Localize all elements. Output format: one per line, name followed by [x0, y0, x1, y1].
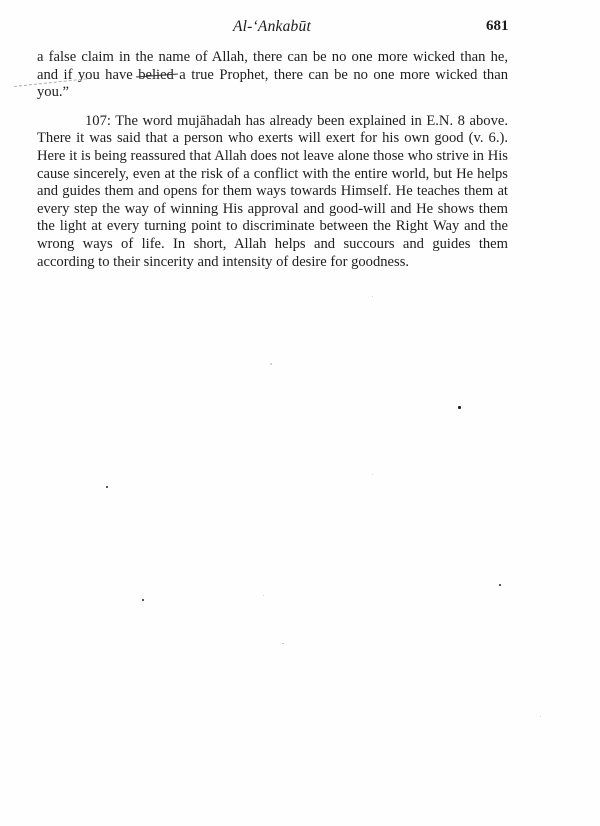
note-text: The word mujāhadah has already been expl…	[37, 113, 508, 270]
scan-speck	[282, 643, 284, 644]
note-number: 107	[85, 113, 107, 129]
scan-speck	[142, 599, 144, 601]
scan-speck	[270, 363, 272, 365]
scan-speck	[263, 595, 264, 596]
scan-speck	[372, 474, 373, 475]
scan-speck	[540, 716, 541, 717]
page-number: 681	[486, 18, 509, 35]
scan-speck	[372, 296, 373, 297]
body-text: a false claim in the name of Allah, ther…	[37, 49, 508, 271]
document-page: Al-‘Ankabūt 681 a false claim in the nam…	[0, 0, 600, 826]
scan-speck	[106, 486, 108, 488]
running-title: Al-‘Ankabūt	[233, 18, 311, 36]
explanatory-note: 107: The word mujāhadah has already been…	[37, 113, 508, 271]
paragraph-continuation: a false claim in the name of Allah, ther…	[37, 49, 508, 102]
struck-word: belied	[138, 67, 174, 83]
scan-speck	[499, 584, 501, 586]
running-header: Al-‘Ankabūt 681	[0, 16, 600, 38]
scan-speck	[458, 406, 461, 409]
